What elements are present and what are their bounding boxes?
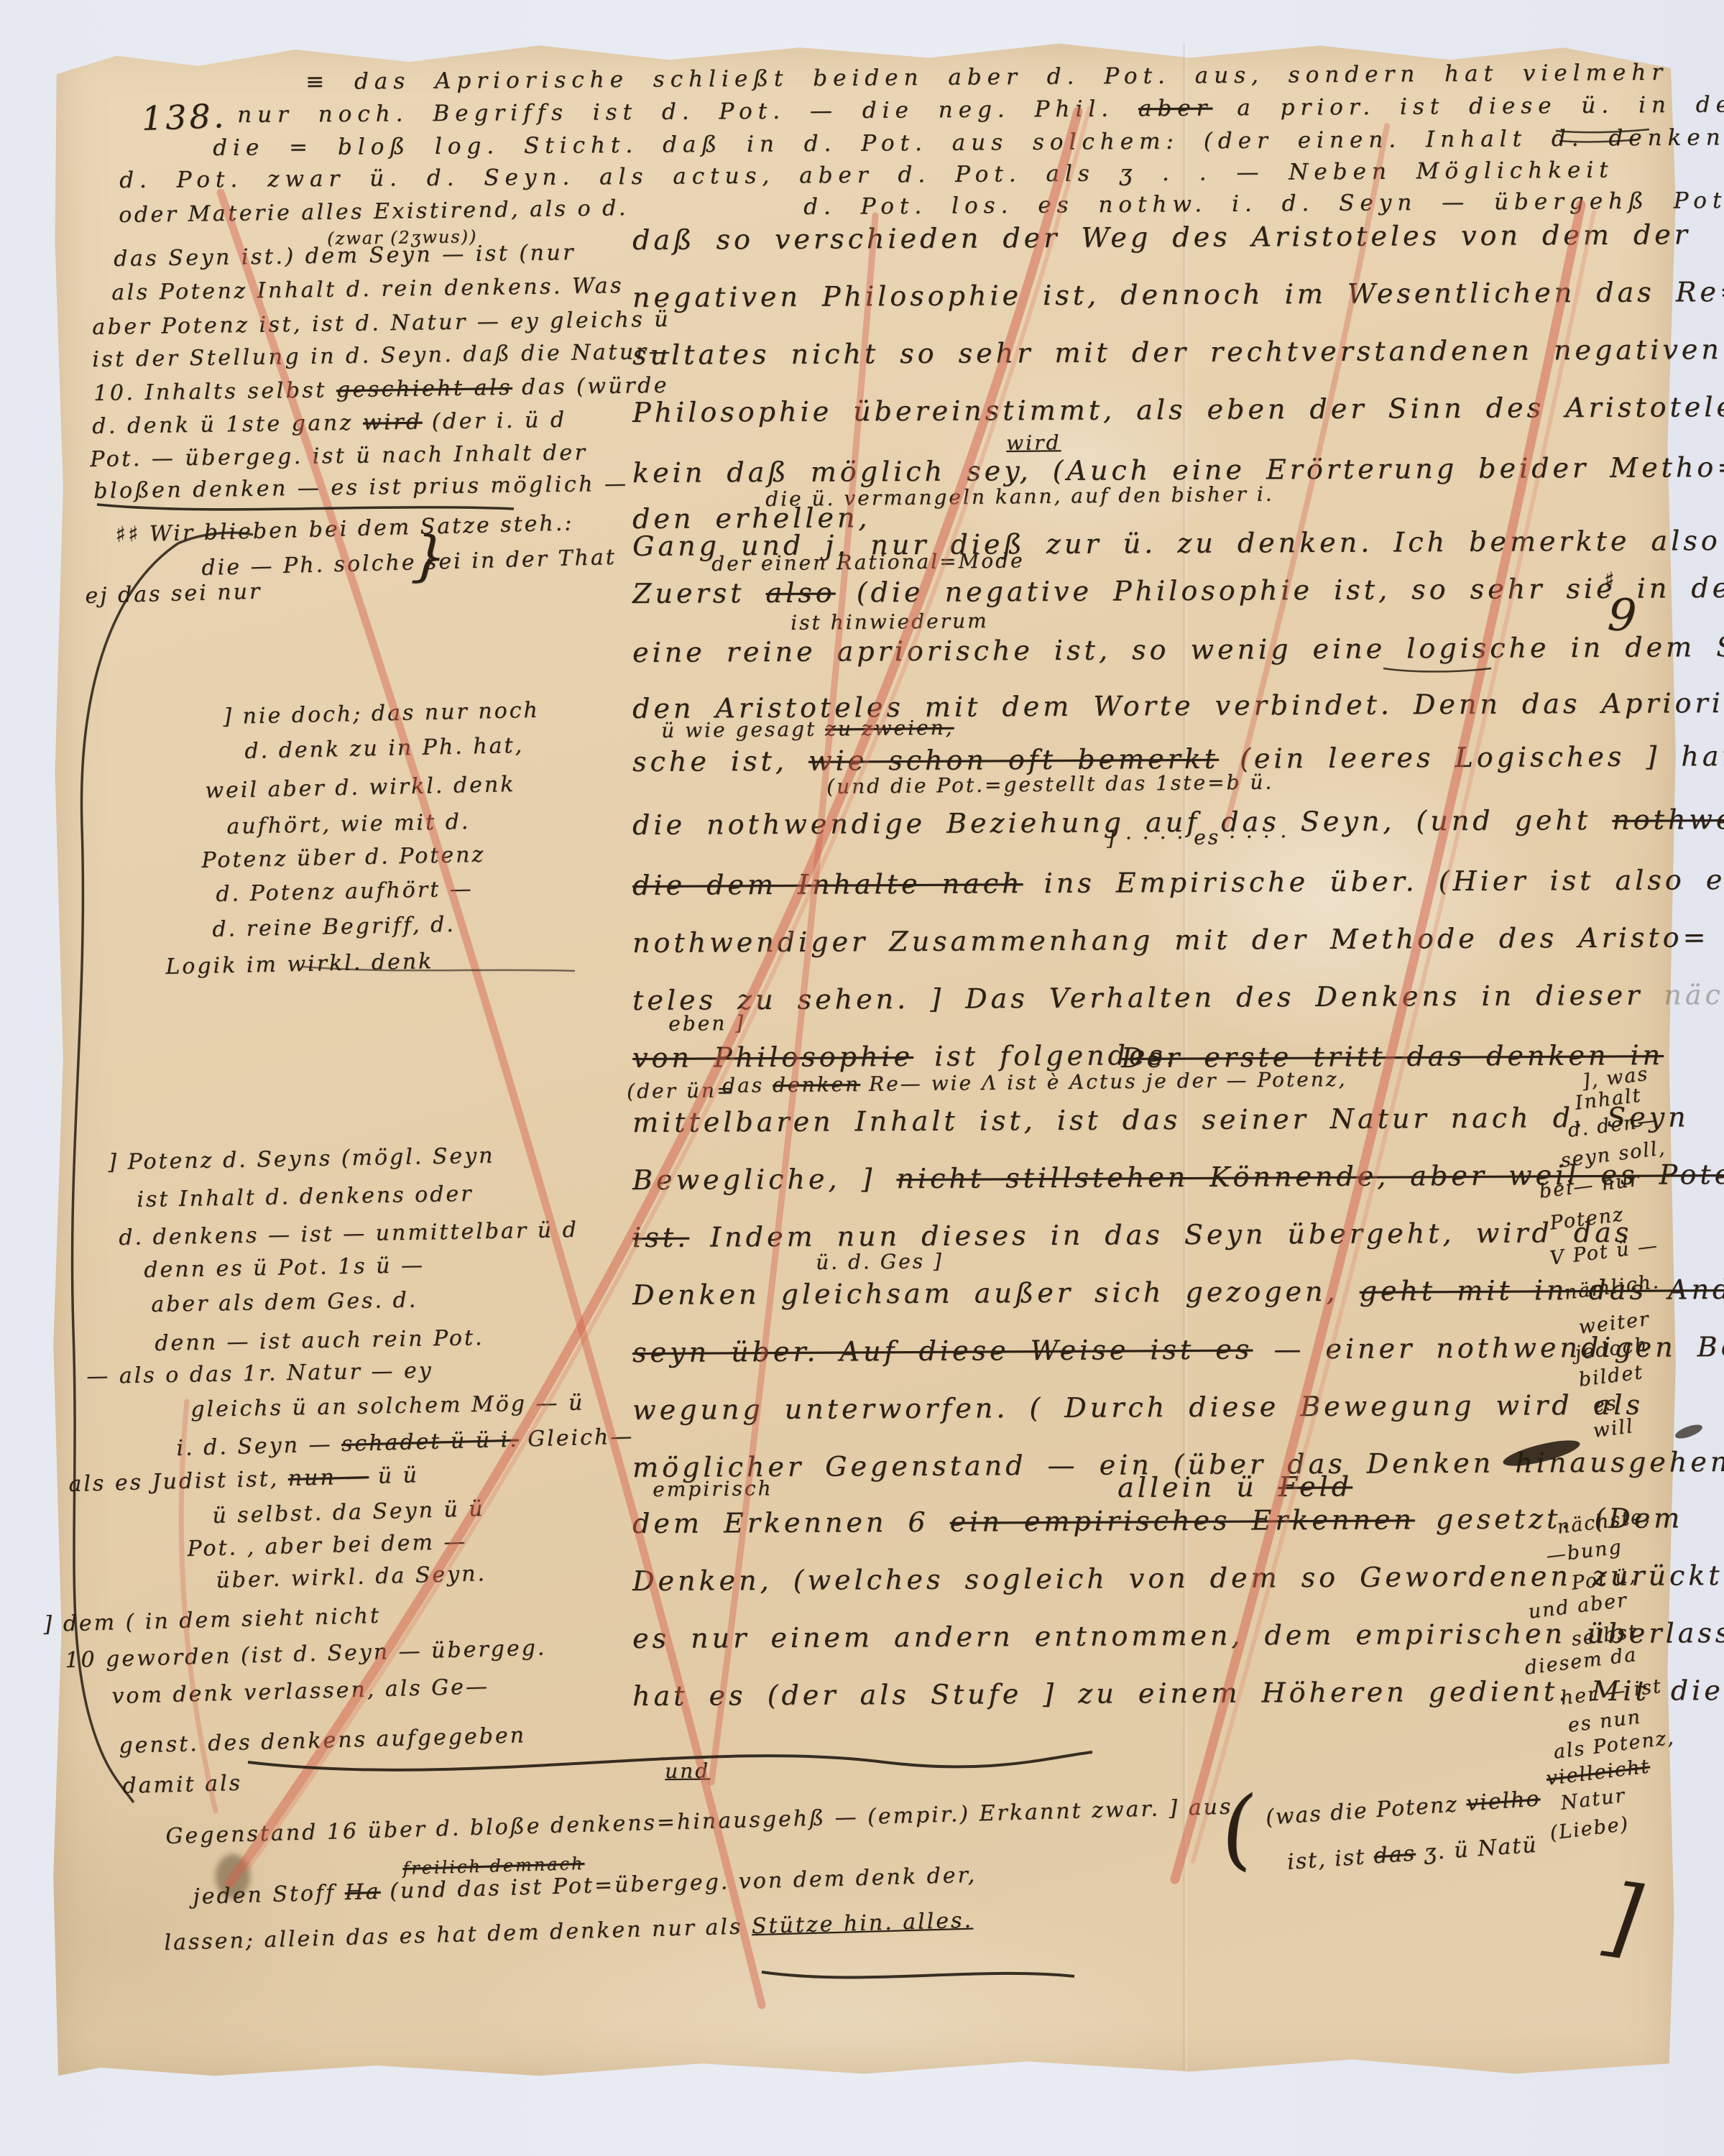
struck-text: die dem Inhalte nach <box>632 867 1023 901</box>
struck-text: nun — <box>287 1464 369 1491</box>
manuscript-line: Denken gleichsam außer sich gezogen, geh… <box>632 1273 1724 1311</box>
manuscript-line: nothwendiger Zusammenhang mit der Method… <box>632 921 1710 959</box>
manuscript-line: eine reine apriorische ist, so wenig ein… <box>632 630 1724 668</box>
text-segment: i. d. Seyn — <box>176 1432 341 1461</box>
text-segment: (ein leeres Logisches ] hat in sich <box>1219 740 1724 775</box>
struck-text: aber <box>1138 96 1213 122</box>
interlinear-note: und <box>665 1759 710 1783</box>
manuscript-line: d. Potenz aufhört — <box>216 876 474 906</box>
text-segment: Denken gleichsam außer sich gezogen, <box>632 1276 1360 1311</box>
text-segment: teles zu sehen. ] Das Verhalten des Denk… <box>632 979 1664 1016</box>
text-segment: a prior. ist diese ü. in dem <box>1212 91 1724 121</box>
manuscript-line: dem Erkennen 6 ein empirisches Erkennen … <box>632 1502 1683 1539</box>
page-number: 138. <box>141 96 227 138</box>
manuscript-line: sultates nicht so sehr mit der rechtvers… <box>632 333 1723 371</box>
text-segment: dem Erkennen 6 <box>632 1506 950 1539</box>
manuscript-line: mittelbaren Inhalt ist, ist das seiner N… <box>632 1101 1690 1138</box>
struck-text: ein empirisches Erkennen <box>950 1503 1415 1537</box>
struck-text: geschieht als <box>336 375 513 402</box>
text-segment: Zuerst <box>632 577 766 609</box>
struck-text: geht mit in das Anders= <box>1360 1273 1724 1307</box>
manuscript-scan: 138. ≡ das Apriorische schließt beiden a… <box>0 0 1724 2156</box>
struck-text: Ha <box>344 1879 381 1905</box>
manuscript-line: aber als dem Ges. d. <box>151 1288 418 1317</box>
text-segment: allein ü <box>1117 1471 1278 1503</box>
manuscript-line: seyn über. Auf diese Weise ist es — eine… <box>632 1331 1724 1368</box>
margin-number-nine: 9 <box>1606 588 1638 642</box>
text-segment: Gleich— <box>518 1424 634 1452</box>
faded-text: nächsti <box>1664 979 1724 1011</box>
text-segment: d. denk ü 1ste ganz <box>92 410 363 439</box>
interlinear-note: (der ün= <box>627 1078 736 1103</box>
manuscript-line: die dem Inhalte nach ins Empirische über… <box>632 864 1724 901</box>
struck-text: denken <box>773 1072 860 1097</box>
manuscript-line: aufhört, wie mit d. <box>226 809 471 839</box>
struck-text: nothwen— <box>1612 803 1724 836</box>
interlinear-note: ] · · · · es · · · · <box>1107 824 1289 850</box>
struck-text: zu zweien, <box>825 716 954 741</box>
manuscript-line: wegung unterworfen. ( Durch diese Bewegu… <box>632 1389 1644 1426</box>
text-segment: jeden Stoff <box>193 1880 345 1909</box>
struck-text: vielho <box>1465 1786 1541 1816</box>
interlinear-note: ü wie gesagt zu zweien, <box>661 716 954 742</box>
struck-text: seyn über. Auf diese Weise ist es <box>632 1333 1253 1368</box>
manuscript-line: Philosophie übereinstimmt, als eben der … <box>632 391 1724 428</box>
text-segment: (der i. ü d <box>423 407 567 435</box>
interlinear-note: eben ] <box>668 1011 745 1036</box>
interlinear-note: ü. d. Ges ] <box>816 1249 944 1274</box>
struck-text: schadet ü ü i. <box>341 1427 520 1457</box>
text-segment: ü wie gesagt <box>661 717 825 742</box>
struck-text: Feld <box>1278 1470 1352 1503</box>
manuscript-line: ist. Indem nun dieses in das Seyn überge… <box>632 1217 1632 1253</box>
text-segment: ins Empirische über. (Hier ist also ein <box>1023 864 1724 899</box>
text-segment: Bewegliche, ] <box>632 1163 897 1196</box>
manuscript-line: damit als <box>122 1771 242 1799</box>
manuscript-line: es nur einem andern entnommen, dem empir… <box>632 1616 1724 1654</box>
manuscript-line: teles zu sehen. ] Das Verhalten des Denk… <box>632 979 1724 1016</box>
manuscript-line: negativen Philosophie ist, dennoch im We… <box>632 276 1724 313</box>
text-segment: 10. Inhalts selbst <box>93 377 336 406</box>
text-segment: sche ist, <box>632 745 808 778</box>
manuscript-line: d. reine Begriff, d. <box>212 912 456 942</box>
manuscript-line: denn es ü Pot. 1s ü — <box>144 1253 425 1283</box>
manuscript-line: Zuerst also (die negative Philosophie is… <box>632 571 1724 609</box>
interlinear-note: (und die Pot.=gestellt das 1ste=b ü. <box>826 770 1274 798</box>
struck-text: von Philosophie <box>632 1041 913 1074</box>
margin-note: es <box>1592 1392 1618 1417</box>
text-segment: — einer nothwendigen Be= <box>1253 1331 1724 1365</box>
closing-brace-mark: } <box>410 523 448 589</box>
interlinear-note: allein ü Feld <box>1117 1470 1352 1503</box>
text-segment: (die negative Philosophie ist, so sehr s… <box>836 571 1724 608</box>
struck-text: das <box>1373 1841 1416 1869</box>
text-segment: ü ü <box>369 1462 420 1489</box>
text-segment: Indem nun dieses in das Seyn übergeht, w… <box>689 1217 1632 1253</box>
interlinear-note: ist hinwiederum <box>790 609 989 635</box>
manuscript-line: von Philosophie ist folgendes: <box>632 1039 1179 1074</box>
manuscript-line: ej das sei nur <box>85 579 262 609</box>
manuscript-line: daß so verschieden der Weg des Aristotel… <box>632 218 1691 256</box>
struck-text: wird <box>363 410 423 436</box>
ink-blot <box>1674 1422 1704 1442</box>
interlinear-note: der einen Rational=Mode <box>711 548 1025 576</box>
struck-text: also <box>765 577 835 609</box>
struck-text: ist. <box>632 1222 689 1253</box>
interlinear-note: empirisch <box>653 1476 773 1501</box>
text-segment: das (würde <box>512 373 670 400</box>
interlinear-note: wird <box>1006 430 1061 455</box>
